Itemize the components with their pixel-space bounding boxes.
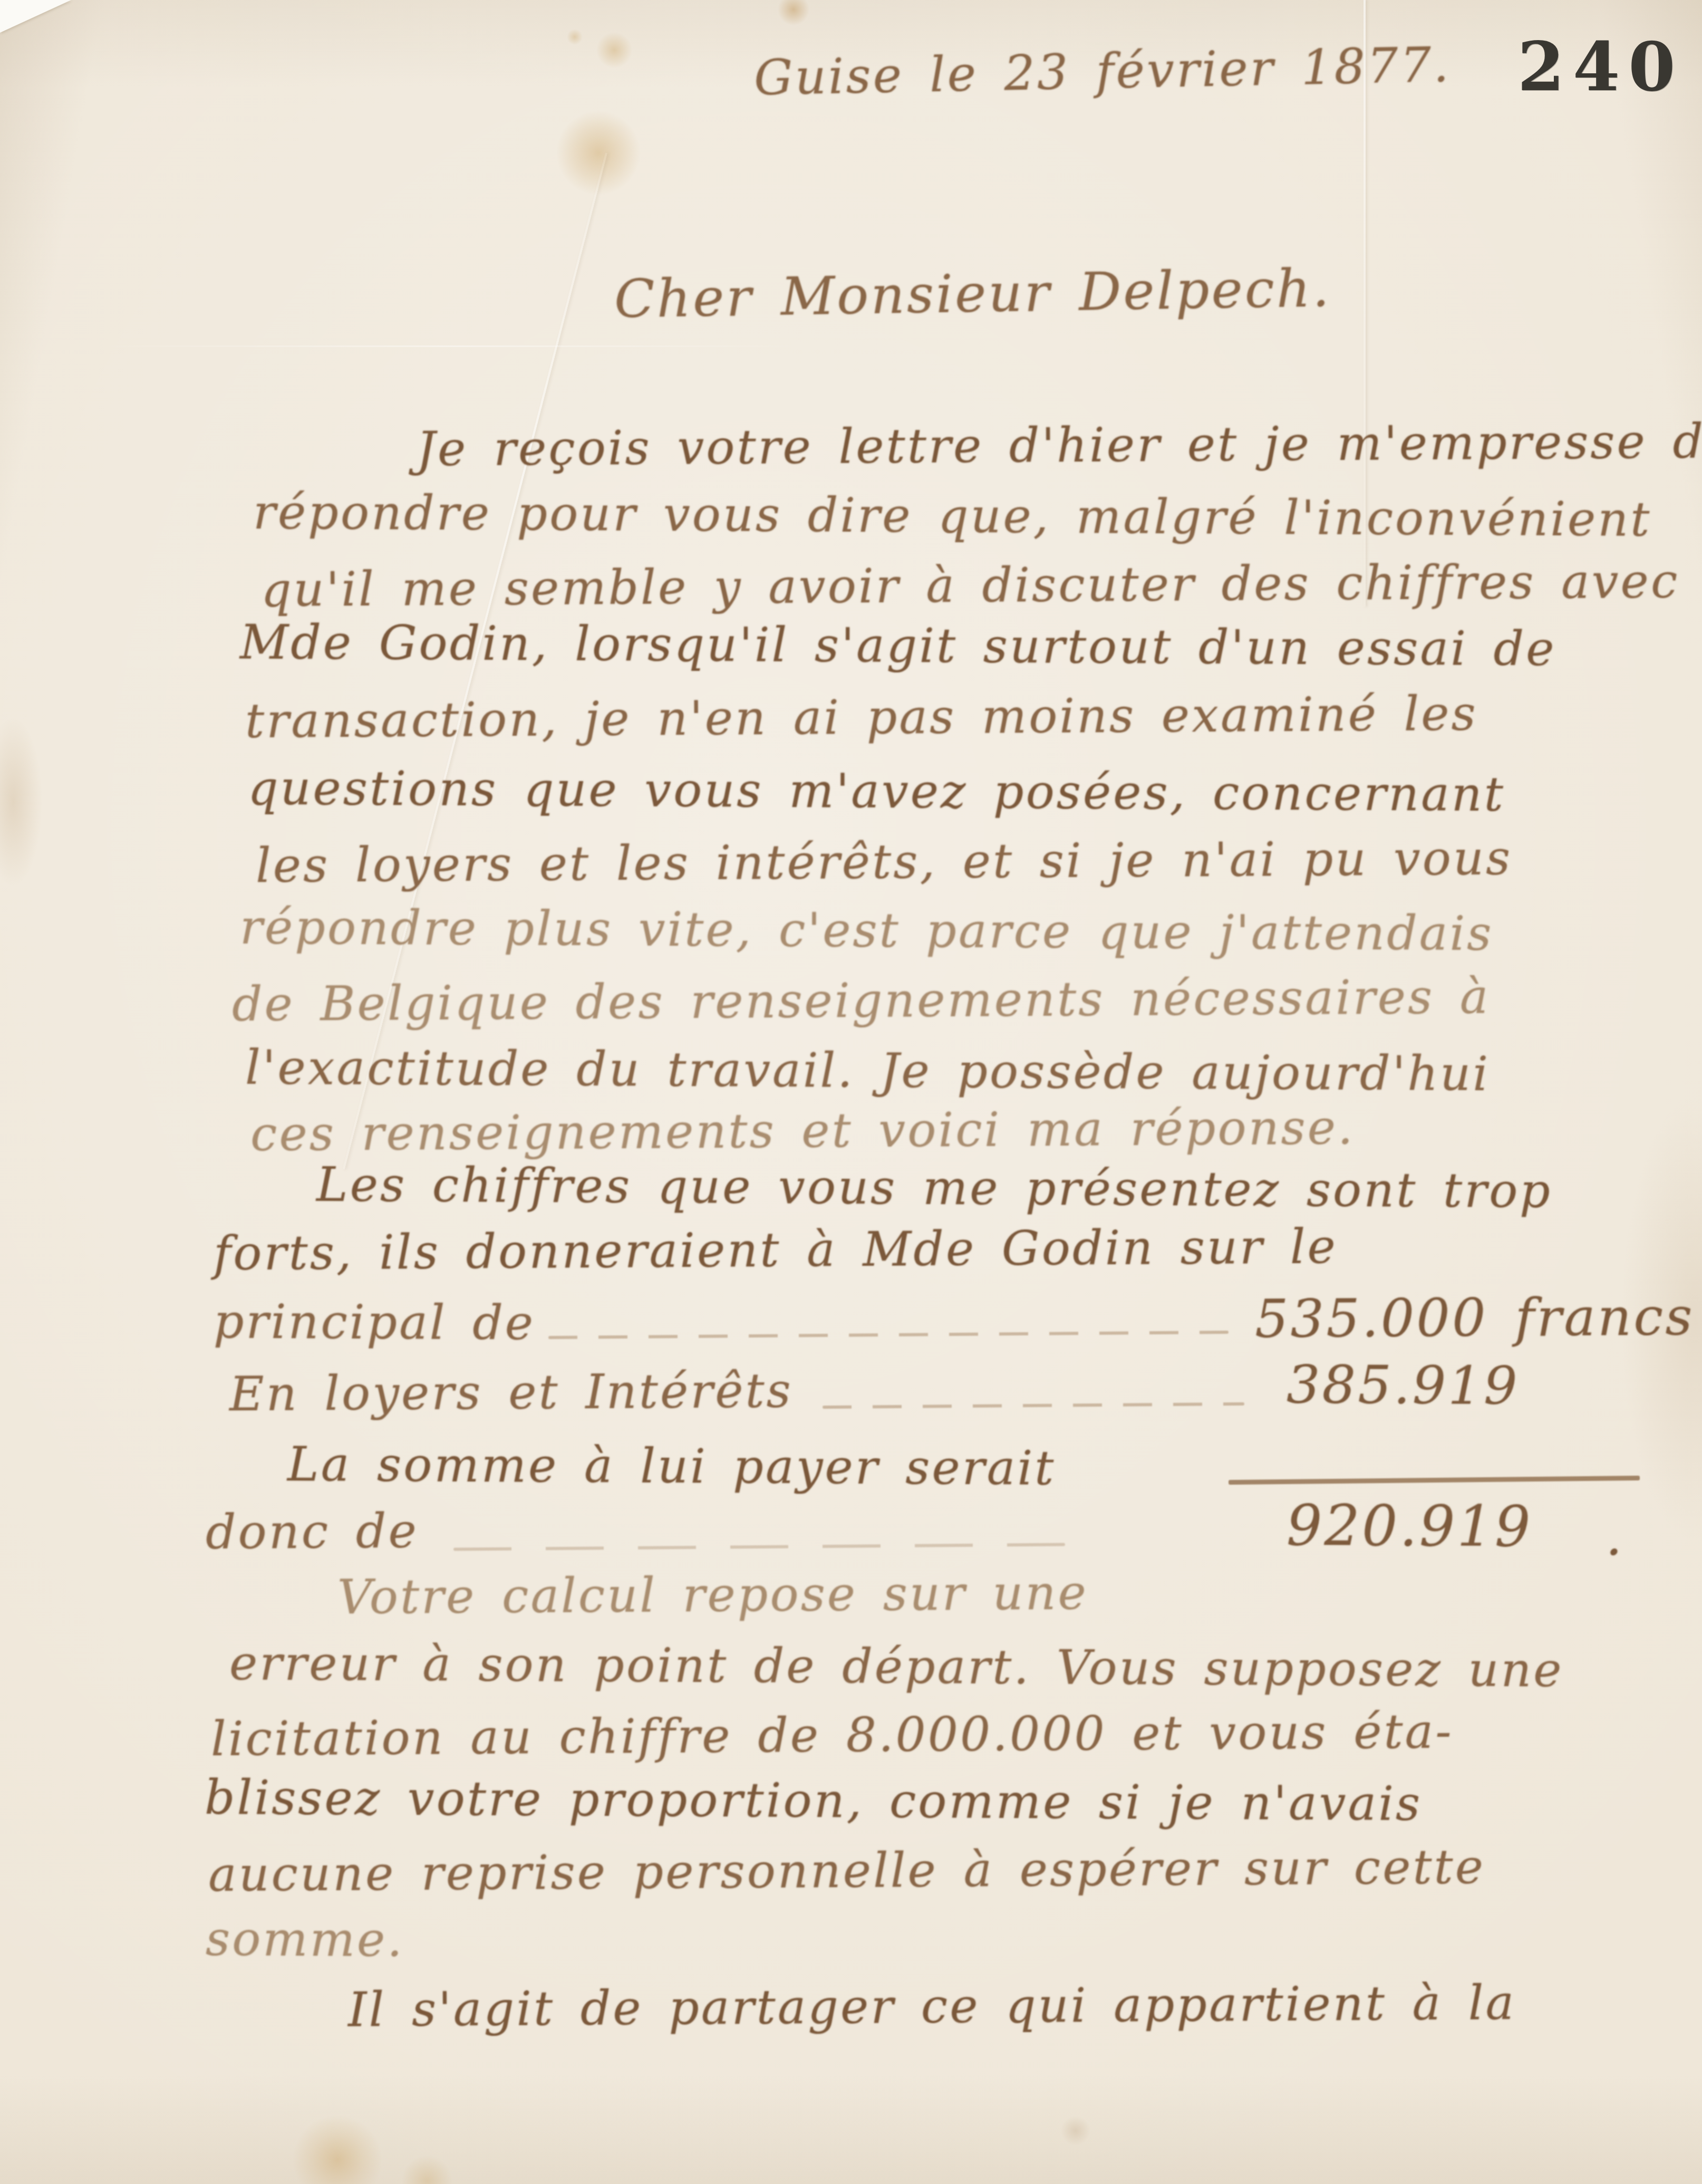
letter-line: licitation au chiffre de 8.000.000 et vo… <box>211 1704 1454 1767</box>
letter-line: Mde Godin, lorsqu'il s'agit surtout d'un… <box>240 614 1556 677</box>
letter-line: aucune reprise personnelle à espérer sur… <box>208 1840 1486 1903</box>
paper-crease-horizontal <box>95 345 807 347</box>
letter-line: qu'il me semble y avoir à discuter des c… <box>261 554 1680 618</box>
letter-line: questions que vous m'avez posées, concer… <box>248 761 1505 822</box>
letter-line: ces renseignements et voici ma réponse. <box>250 1100 1355 1162</box>
leader-line <box>453 1543 1065 1551</box>
letter-line: blissez votre proportion, comme si je n'… <box>205 1770 1423 1832</box>
page-number-stamp: 240 <box>1517 27 1684 107</box>
principal-amount: 535.000 francs <box>1255 1285 1695 1350</box>
letter-line: répondre pour vous dire que, malgré l'in… <box>253 485 1652 547</box>
letter-line: les loyers et les intérêts, et si je n'a… <box>256 831 1513 894</box>
letter-line: Votre calcul repose sur une <box>337 1565 1088 1625</box>
salutation: Cher Monsieur Delpech. <box>614 257 1332 330</box>
principal-label: principal de <box>214 1294 536 1351</box>
letter-sheet: 240 Guise le 23 février 1877. Cher Monsi… <box>0 0 1702 2184</box>
dateline: Guise le 23 février 1877. <box>753 36 1451 106</box>
letter-line: répondre plus vite, c'est parce que j'at… <box>240 900 1494 961</box>
letter-line: Les chiffres que vous me présentez sont … <box>316 1157 1553 1219</box>
leader-line <box>548 1331 1229 1339</box>
total-suffix-mark: . <box>1606 1506 1624 1567</box>
sum-continuation-label: donc de <box>206 1504 419 1560</box>
letter-line: somme. <box>206 1911 404 1968</box>
corner-fold <box>0 0 71 33</box>
letter-line: erreur à son point de départ. Vous suppo… <box>229 1635 1564 1698</box>
letter-line: Je reçois votre lettre d'hier et je m'em… <box>417 413 1702 477</box>
sum-label: La somme à lui payer serait <box>287 1437 1056 1496</box>
interest-amount: 385.919 <box>1287 1354 1520 1417</box>
sum-dash-line <box>1229 1476 1640 1485</box>
total-amount: 920.919 <box>1287 1493 1533 1559</box>
letter-line: Il s'agit de partager ce qui appartient … <box>348 1975 1516 2038</box>
leader-line <box>823 1402 1244 1409</box>
letter-line: de Belgique des renseignements nécessair… <box>232 969 1491 1033</box>
letter-line: transaction, je n'en ai pas moins examin… <box>245 686 1478 749</box>
letter-line: l'exactitude du travail. Je possède aujo… <box>245 1040 1491 1102</box>
interest-label: En loyers et Intérêts <box>229 1363 793 1422</box>
letter-line: forts, ils donneraient à Mde Godin sur l… <box>214 1219 1338 1281</box>
